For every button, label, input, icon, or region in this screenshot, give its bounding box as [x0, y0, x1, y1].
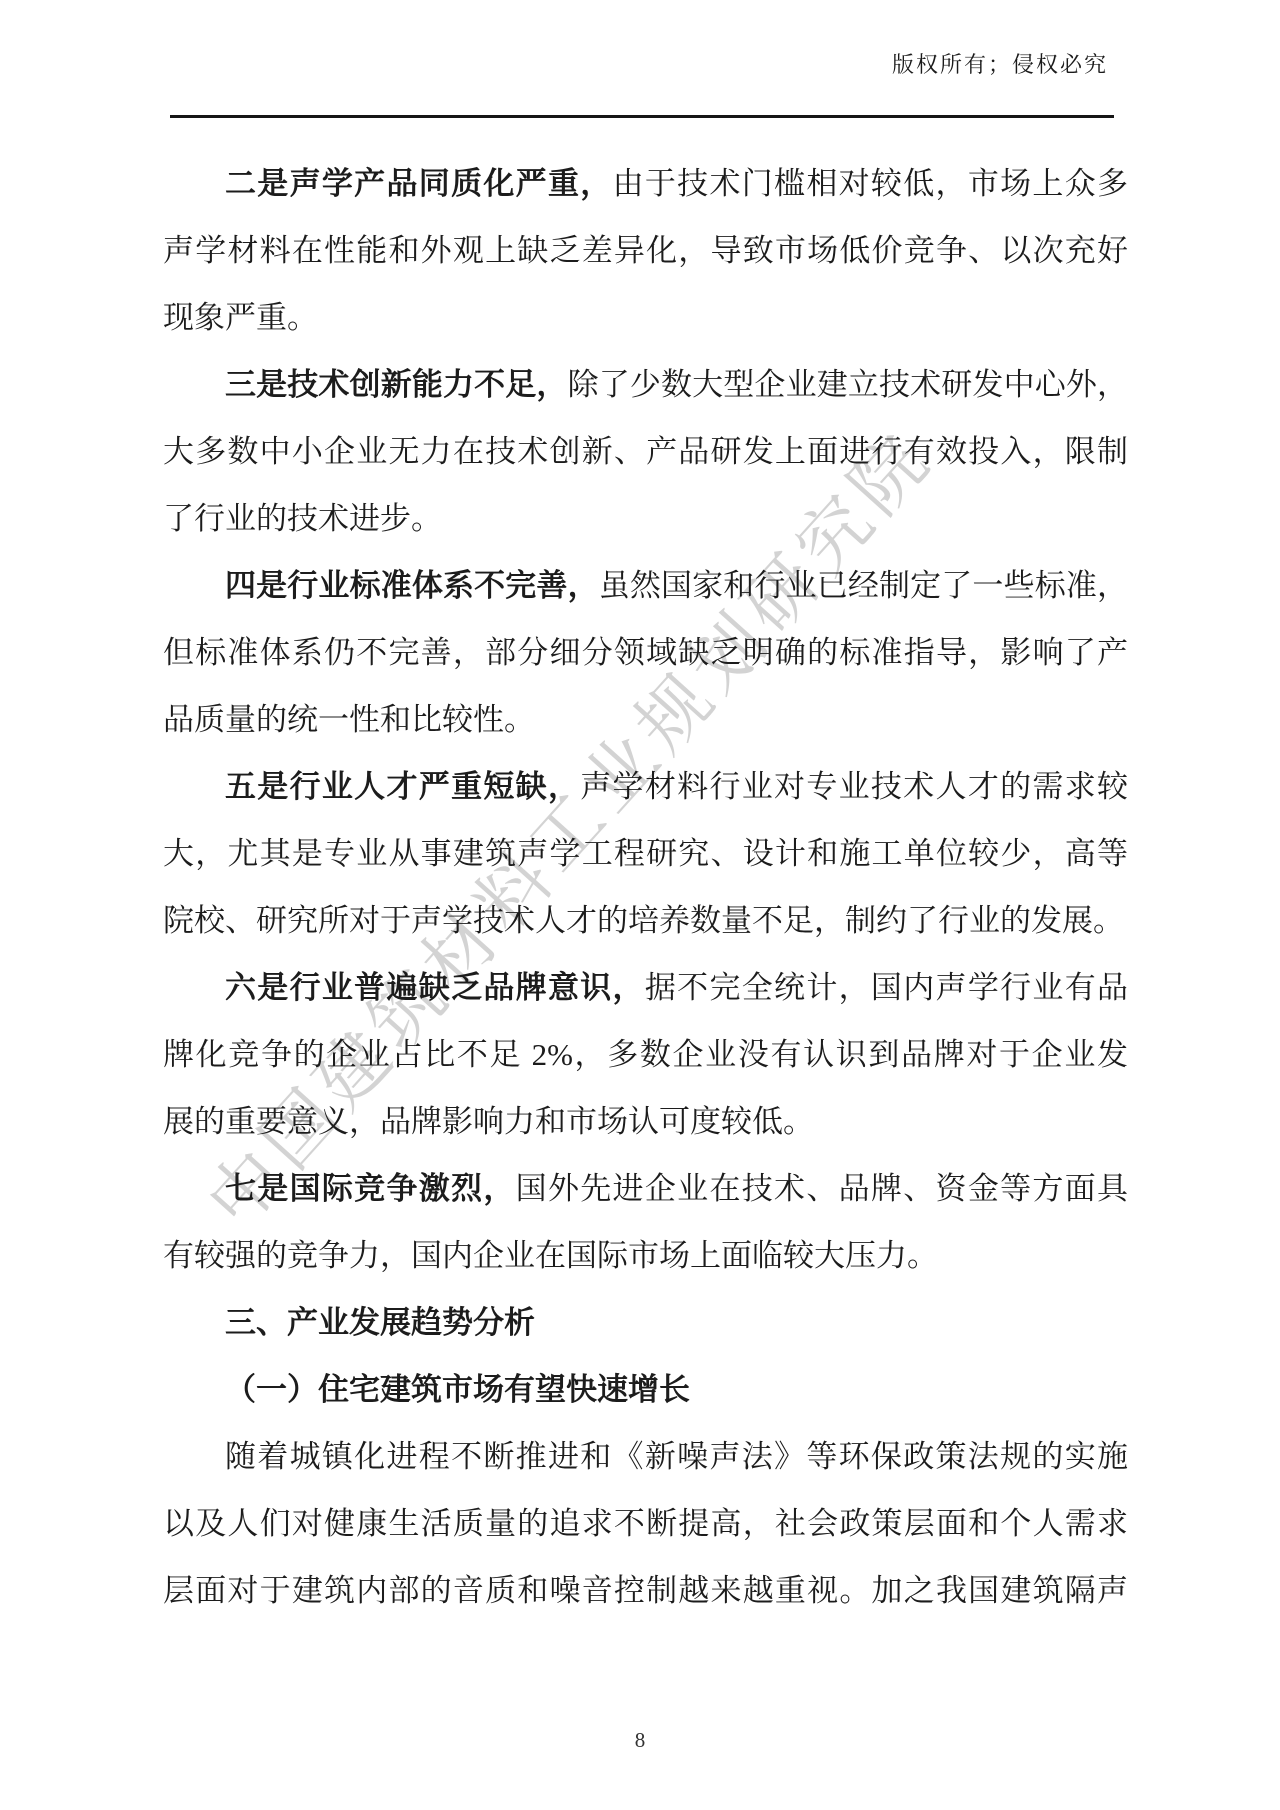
bold-lead-text: 四是行业标准体系不完善， [225, 568, 599, 603]
text-line: 展的重要意义，品牌影响力和市场认可度较低。 [163, 1088, 1128, 1155]
text-line: 五是行业人才严重短缺，声学材料行业对专业技术人才的需求较 [163, 753, 1128, 820]
line-text: 声学材料行业对专业技术人才的需求较 [580, 769, 1128, 804]
line-text: 虽然国家和行业已经制定了一些标准， [599, 568, 1128, 603]
text-line: 以及人们对健康生活质量的追求不断提高，社会政策层面和个人需求 [163, 1490, 1128, 1557]
line-text: 品质量的统一性和比较性。 [163, 702, 535, 737]
copyright-notice: 版权所有；侵权必究 [892, 48, 1108, 82]
text-line: 声学材料在性能和外观上缺乏差异化，导致市场低价竞争、以次充好 [163, 217, 1128, 284]
paragraph: 五是行业人才严重短缺，声学材料行业对专业技术人才的需求较大，尤其是专业从事建筑声… [163, 753, 1128, 954]
paragraph: 三是技术创新能力不足，除了少数大型企业建立技术研发中心外，大多数中小企业无力在技… [163, 351, 1128, 552]
line-text: 除了少数大型企业建立技术研发中心外， [568, 367, 1128, 402]
line-text: 现象严重。 [163, 300, 318, 335]
line-text: 大，尤其是专业从事建筑声学工程研究、设计和施工单位较少，高等 [163, 836, 1128, 871]
paragraph: 二是声学产品同质化严重，由于技术门槛相对较低，市场上众多声学材料在性能和外观上缺… [163, 150, 1128, 351]
text-line: 现象严重。 [163, 284, 1128, 351]
paragraph: 随着城镇化进程不断推进和《新噪声法》等环保政策法规的实施以及人们对健康生活质量的… [163, 1423, 1128, 1624]
header-divider [170, 115, 1114, 118]
text-line: 但标准体系仍不完善，部分细分领域缺乏明确的标准指导，影响了产 [163, 619, 1128, 686]
document-body: 二是声学产品同质化严重，由于技术门槛相对较低，市场上众多声学材料在性能和外观上缺… [163, 150, 1128, 1624]
bold-lead-text: 六是行业普遍缺乏品牌意识， [225, 970, 645, 1005]
line-text: 院校、研究所对于声学技术人才的培养数量不足，制约了行业的发展。 [163, 903, 1124, 938]
line-text: 展的重要意义，品牌影响力和市场认可度较低。 [163, 1104, 814, 1139]
line-text: 据不完全统计，国内声学行业有品 [645, 970, 1128, 1005]
bold-lead-text: 七是国际竞争激烈， [225, 1171, 516, 1206]
line-text: 国外先进企业在技术、品牌、资金等方面具 [516, 1171, 1128, 1206]
line-text: 声学材料在性能和外观上缺乏差异化，导致市场低价竞争、以次充好 [163, 233, 1128, 268]
line-text: （一）住宅建筑市场有望快速增长 [225, 1372, 690, 1407]
section-heading: （一）住宅建筑市场有望快速增长 [163, 1356, 1128, 1423]
text-line: 有较强的竞争力，国内企业在国际市场上面临较大压力。 [163, 1222, 1128, 1289]
line-text: 以及人们对健康生活质量的追求不断提高，社会政策层面和个人需求 [163, 1506, 1128, 1541]
line-text: 由于技术门槛相对较低，市场上众多 [613, 166, 1128, 201]
text-line: 二是声学产品同质化严重，由于技术门槛相对较低，市场上众多 [163, 150, 1128, 217]
text-line: 牌化竞争的企业占比不足 2%，多数企业没有认识到品牌对于企业发 [163, 1021, 1128, 1088]
line-text: 三、产业发展趋势分析 [225, 1305, 535, 1340]
line-text: 层面对于建筑内部的音质和噪音控制越来越重视。加之我国建筑隔声 [163, 1573, 1128, 1608]
text-line: 四是行业标准体系不完善，虽然国家和行业已经制定了一些标准， [163, 552, 1128, 619]
bold-lead-text: 三是技术创新能力不足， [225, 367, 568, 402]
line-text: 了行业的技术进步。 [163, 501, 442, 536]
text-line: 六是行业普遍缺乏品牌意识，据不完全统计，国内声学行业有品 [163, 954, 1128, 1021]
text-line: 随着城镇化进程不断推进和《新噪声法》等环保政策法规的实施 [163, 1423, 1128, 1490]
text-line: 三、产业发展趋势分析 [163, 1289, 1128, 1356]
text-line: 大，尤其是专业从事建筑声学工程研究、设计和施工单位较少，高等 [163, 820, 1128, 887]
text-line: 七是国际竞争激烈，国外先进企业在技术、品牌、资金等方面具 [163, 1155, 1128, 1222]
document-page: 版权所有；侵权必究 中国建筑材料工业规划研究院 二是声学产品同质化严重，由于技术… [0, 0, 1280, 1810]
paragraph: 六是行业普遍缺乏品牌意识，据不完全统计，国内声学行业有品牌化竞争的企业占比不足 … [163, 954, 1128, 1155]
line-text: 有较强的竞争力，国内企业在国际市场上面临较大压力。 [163, 1238, 938, 1273]
text-line: 层面对于建筑内部的音质和噪音控制越来越重视。加之我国建筑隔声 [163, 1557, 1128, 1624]
text-line: 大多数中小企业无力在技术创新、产品研发上面进行有效投入，限制 [163, 418, 1128, 485]
text-line: 院校、研究所对于声学技术人才的培养数量不足，制约了行业的发展。 [163, 887, 1128, 954]
paragraph: 七是国际竞争激烈，国外先进企业在技术、品牌、资金等方面具有较强的竞争力，国内企业… [163, 1155, 1128, 1289]
text-line: 三是技术创新能力不足，除了少数大型企业建立技术研发中心外， [163, 351, 1128, 418]
line-text: 但标准体系仍不完善，部分细分领域缺乏明确的标准指导，影响了产 [163, 635, 1128, 670]
bold-lead-text: 二是声学产品同质化严重， [225, 166, 613, 201]
line-text: 随着城镇化进程不断推进和《新噪声法》等环保政策法规的实施 [225, 1439, 1128, 1474]
page-number: 8 [0, 1728, 1280, 1753]
section-heading: 三、产业发展趋势分析 [163, 1289, 1128, 1356]
text-line: （一）住宅建筑市场有望快速增长 [163, 1356, 1128, 1423]
text-line: 了行业的技术进步。 [163, 485, 1128, 552]
bold-lead-text: 五是行业人才严重短缺， [225, 769, 580, 804]
line-text: 大多数中小企业无力在技术创新、产品研发上面进行有效投入，限制 [163, 434, 1128, 469]
text-line: 品质量的统一性和比较性。 [163, 686, 1128, 753]
line-text: 牌化竞争的企业占比不足 2%，多数企业没有认识到品牌对于企业发 [163, 1037, 1128, 1072]
paragraph: 四是行业标准体系不完善，虽然国家和行业已经制定了一些标准，但标准体系仍不完善，部… [163, 552, 1128, 753]
